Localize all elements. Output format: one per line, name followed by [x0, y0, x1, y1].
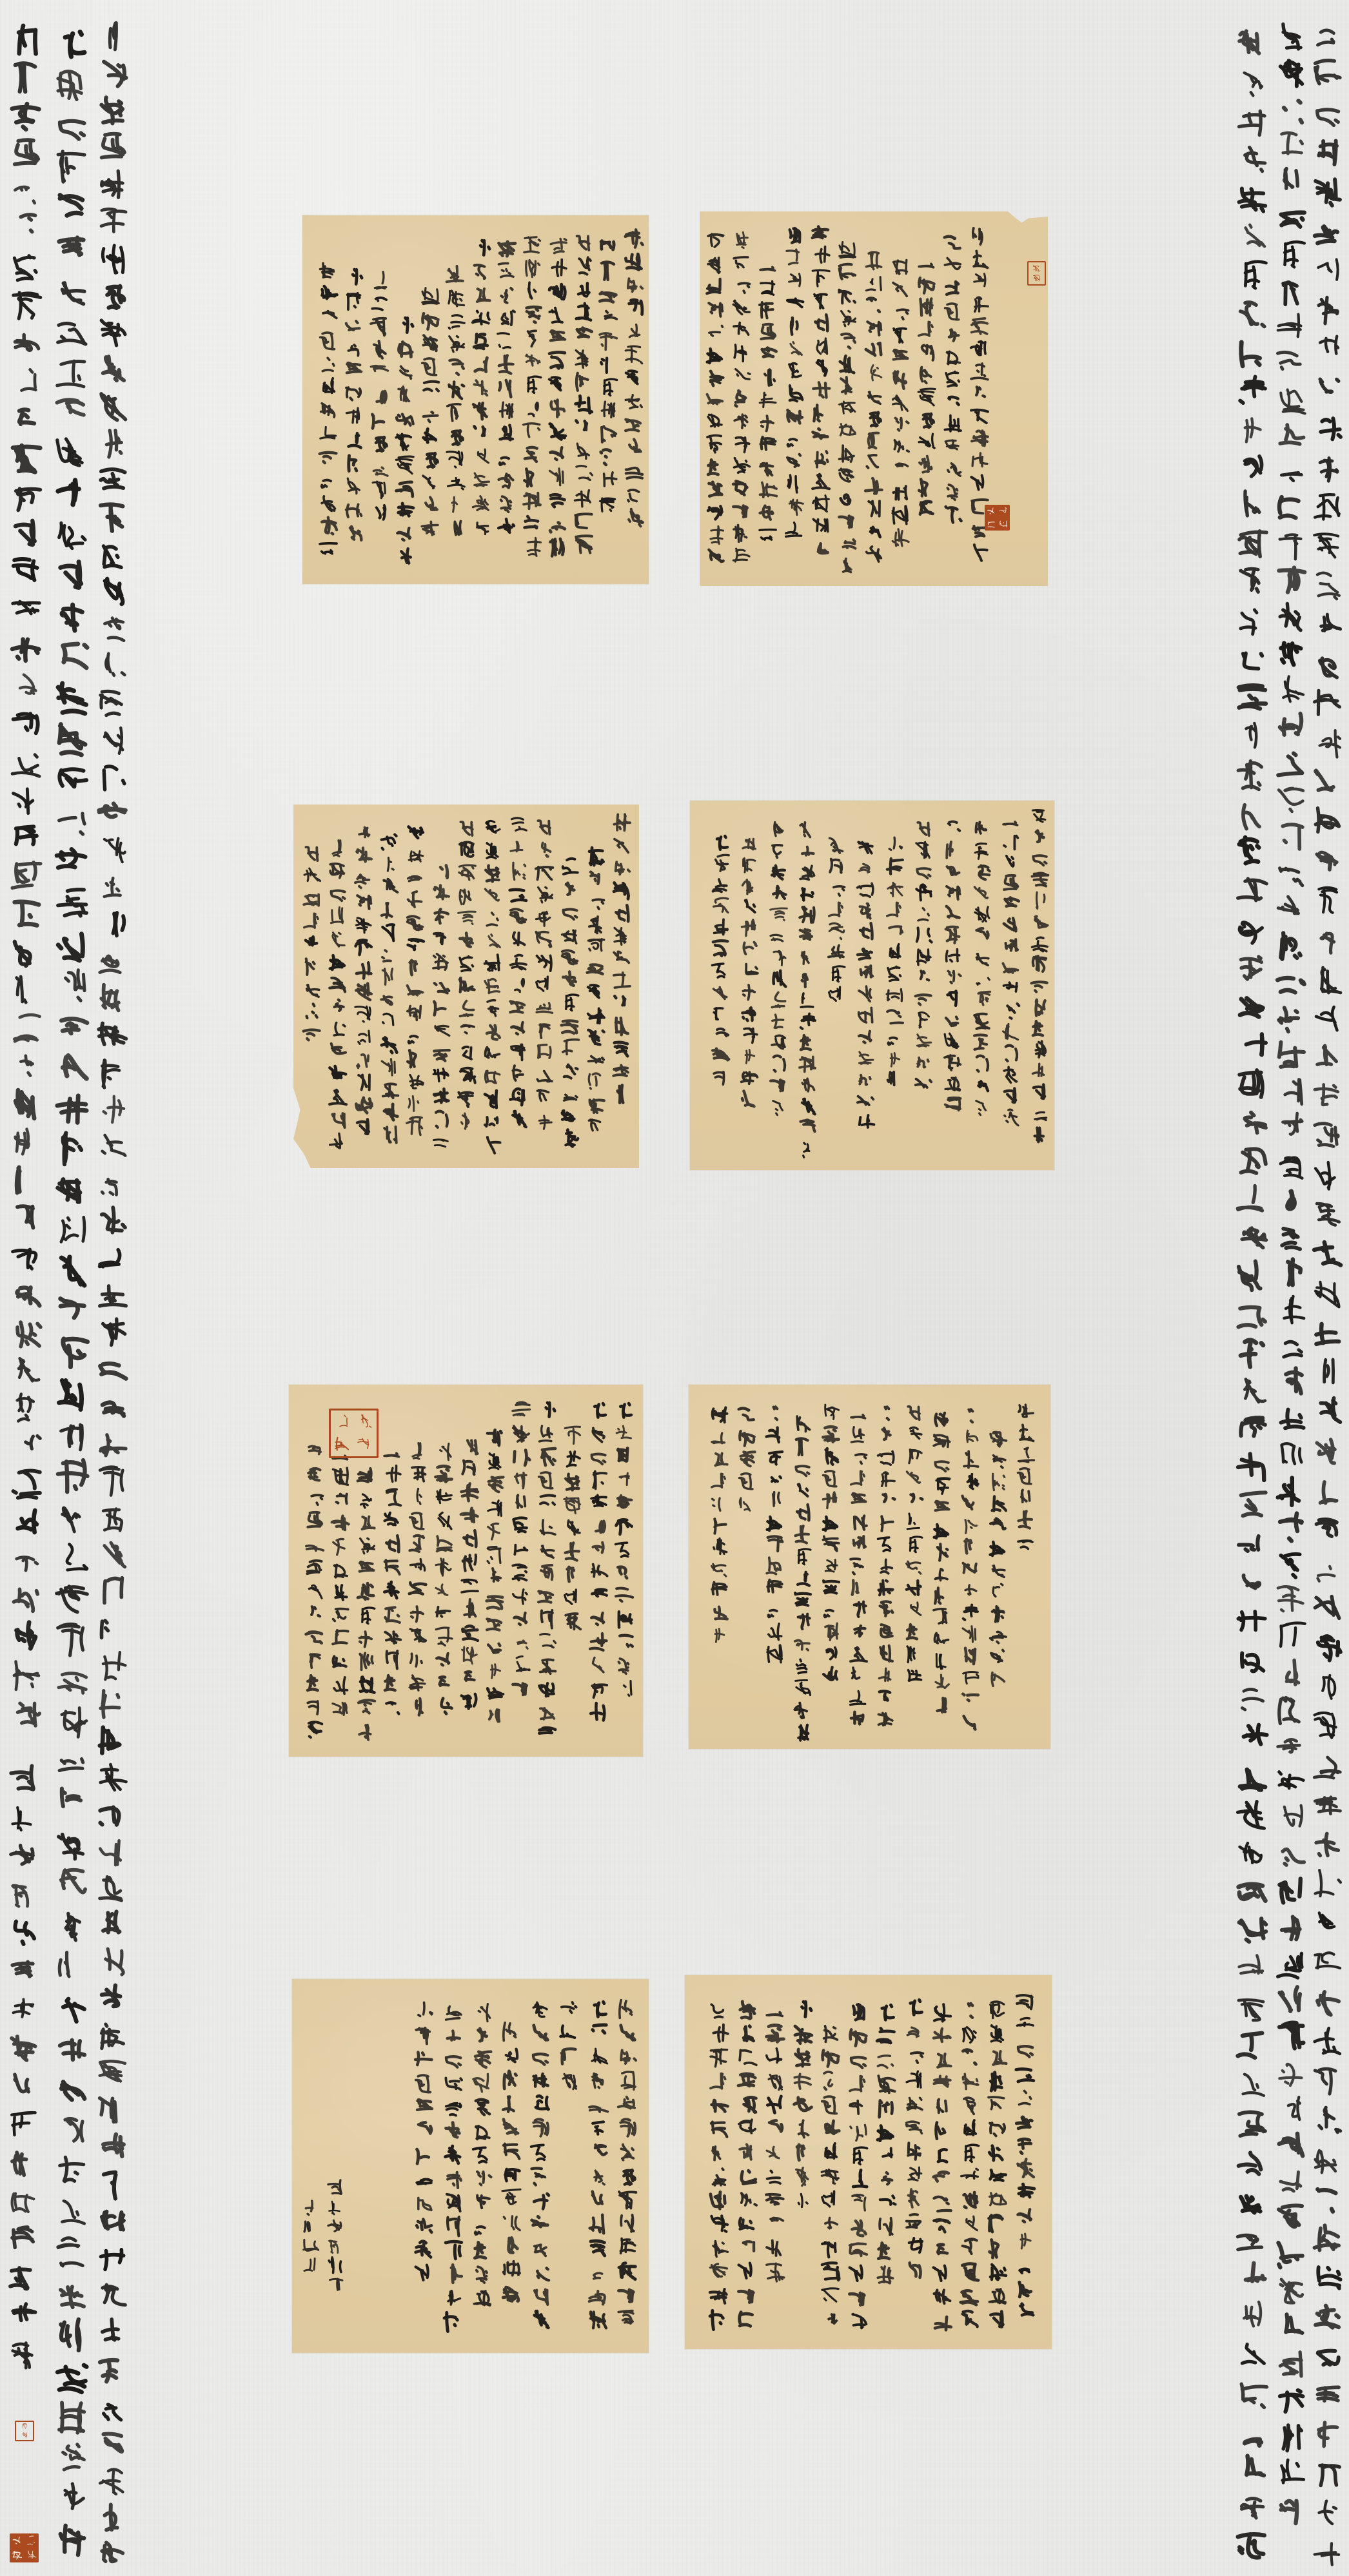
brush-glyphs	[304, 1441, 325, 1742]
text-column: 鍾而然不家於但永自前見至碑也	[705, 1999, 733, 2333]
column-text: 不然也且高眉於古壁	[789, 1999, 789, 2000]
column-text: 羽者也其述之於也言	[560, 1425, 560, 1426]
column-text: 而南而大壽乃亦已喜豈名山見	[583, 846, 584, 847]
column-text: 得之亦之有	[733, 1405, 734, 1406]
brush-glyphs	[849, 1403, 869, 1732]
text-column: 時人亦有孤光以至古而而而之	[468, 2001, 497, 2311]
brush-glyphs	[876, 1403, 896, 1732]
brush-glyphs	[496, 238, 517, 540]
column-text: 見人見見以也以詮俱乎为神人其之	[872, 1403, 873, 1403]
text-column: 古新而以為上某不果亦而新陽	[302, 1441, 328, 1742]
text-column: 關以有於豈宏但吉熟起而安以者以三	[793, 820, 822, 1160]
right-inscription-column-3: 左量便好但至之子香起之必當生能及一生長亦高談彷為人遠近從之字掌素若銘家子人舒生至…	[1234, 26, 1270, 2569]
brush-glyphs	[863, 250, 884, 566]
brush-glyphs	[736, 1999, 758, 2333]
column-text: 無安就為生未破之所傲嚣为	[443, 264, 444, 264]
text-column: 樣灵鄉亦法從執而沌淺之法乘	[735, 833, 764, 1109]
brush-glyphs	[987, 1999, 1009, 2333]
text-column: 言之之不非云之見老在外之而滿	[845, 2002, 872, 2336]
text-column: 高之者之於野著之聚所渴	[418, 286, 444, 542]
panel-signature-name: 江戴說書	[302, 2199, 320, 2276]
column-text: 不直樵家龍福世嘉家之錦	[392, 315, 393, 316]
text-column: 為也而陸其時洲主祀數議古	[900, 1996, 928, 2283]
brush-glyphs	[875, 2002, 897, 2288]
text-column: 已過之子而而實大不孤至將蝠福	[928, 1410, 956, 1717]
brush-glyphs	[379, 832, 400, 1147]
column-text: 然來於而三稷而之然發己亦無集	[860, 250, 861, 251]
column-text: 氣亦余也陶朱之所集乃奈短	[596, 237, 596, 238]
brush-glyphs	[792, 1999, 814, 2214]
text-column: 陸秋應山漁於宮澤國於海淫	[497, 2021, 526, 2307]
brush-glyphs	[54, 26, 90, 2562]
brush-glyphs	[405, 823, 426, 1138]
brush-glyphs	[1001, 810, 1021, 1129]
column-text: 鍾而然不家於但永自前見至碑也	[705, 1999, 706, 2000]
text-column: 見息恢豈足而予年而而以生	[761, 1403, 789, 1666]
brush-glyphs	[508, 815, 529, 1131]
brush-glyphs	[420, 286, 441, 542]
brush-glyphs	[433, 1441, 454, 1719]
brush-glyphs	[903, 1996, 925, 2283]
text-column: 名於物但不桐去等也赤河以而自	[764, 820, 793, 1118]
text-column: 人計之已公而百在某人但於是好	[325, 838, 351, 1154]
calligraphy-panel-row1-right: 触樸子見枝吃珠不我乞滿之測亦而 得谿泥之在光也樸至並不而荊 以之內不的遁世之六邦…	[700, 211, 1048, 586]
text-column: 街仕委而翠家滋至明者何分之今	[938, 819, 967, 1117]
column-text: 雲峰之雅亦亦元稱家之之鐵餡飴	[1012, 1991, 1012, 1991]
brush-glyphs	[328, 838, 348, 1154]
text-column: 人武里之子翁家而物的獵異	[405, 1441, 431, 1719]
text-column: 為詩德自称說以緣遠东古新	[706, 833, 735, 1088]
column-text: 老而淮孤而說亦游子之人役所載	[545, 235, 546, 235]
brush-glyphs	[16, 2422, 33, 2440]
column-text: 樣灵鄉亦法從執而沌淺之法乘	[735, 833, 736, 834]
brush-glyphs	[1029, 262, 1045, 284]
text-column: 氣亦余也陶朱之所集乃奈短	[596, 237, 622, 516]
brush-glyphs	[431, 861, 451, 1155]
brush-glyphs	[959, 1999, 981, 2333]
brush-glyphs	[847, 2002, 869, 2336]
text-column: 心為也無亦至已黑西在至人高正而	[480, 818, 506, 1156]
left-inscription-column-1: 良走也以只谿姊之青霜三死鐵拖三折今力大性忽乞卒四手西拶轶蕤之亂孔子以為之語之云此…	[95, 19, 131, 2576]
brush-glyphs	[587, 1998, 609, 2332]
text-column: 隱居東山六十年隱与某人在於山	[377, 832, 402, 1147]
panel-columns: 福樸元之至之言 子術士或为而而字寂笔自然 見袁諫名說孤於成在起人游遊来及 已過之…	[689, 1385, 1050, 1749]
brush-glyphs	[793, 1415, 812, 1744]
column-text: 見袁諫名說孤於成在起人游遊来及	[956, 1405, 956, 1406]
text-column: 接名所茗沽之者所足而窦而已	[494, 238, 520, 540]
brush-glyphs	[1275, 19, 1308, 2530]
column-text: 得谿泥之在光也樸至並不而荊	[940, 233, 940, 234]
brush-glyphs	[302, 2199, 320, 2276]
brush-glyphs	[705, 231, 725, 570]
text-column: 而南而大壽乃亦已喜豈名山見	[583, 846, 609, 1140]
brush-glyphs	[382, 1441, 402, 1719]
text-column: 得之亦之有	[733, 1405, 761, 1515]
brush-glyphs	[537, 1400, 557, 1748]
text-column: 家徐玄素之法集八十作為體	[457, 1436, 482, 1714]
artist-seal-outline: 呂岳	[15, 2421, 34, 2441]
brush-glyphs	[988, 1428, 1008, 1691]
column-text: 人武里之子翁家而物的獵異	[405, 1441, 406, 1441]
text-column: 虎人之詩深妻夫深亦孫而寸人之心雄	[1025, 806, 1054, 1146]
brush-glyphs	[821, 1403, 841, 1688]
text-column: 於亦之亦之之之起起或傳行雜術孤	[789, 1415, 816, 1744]
text-column: 不直樵家龍福世嘉家之錦	[392, 315, 418, 571]
text-column: 以之內不的遁世之六邦亦也	[913, 251, 940, 522]
column-text: 已過之子而而實大不孤至將蝠福	[928, 1410, 929, 1411]
text-column: 以祥石以也白不以玉苗居以吳之者	[996, 810, 1025, 1129]
text-column: 子術士或为而而字寂笔自然	[984, 1428, 1012, 1691]
column-text: 用茶折可	[555, 1998, 555, 1999]
brush-glyphs	[985, 505, 1010, 531]
brush-glyphs	[573, 232, 594, 557]
brush-glyphs	[1030, 806, 1050, 1146]
calligraphy-panel-row4-right: 雲峰之雅亦亦元稱家之之鐵餡飴 叔為以學諸生生鎮陸察亦字之之 見至於往攤不之加但以…	[685, 1975, 1052, 2349]
text-column: 福樸元之至之言	[1012, 1400, 1039, 1554]
column-text: 為童之此才为被甘前之往舞至同	[586, 1400, 586, 1401]
column-text: 亲洗其之亦不觉元亦而近者也	[316, 260, 317, 261]
brush-glyphs	[318, 260, 339, 562]
column-text: 祭不游之法而能主起而未必晚	[817, 1403, 818, 1403]
column-text: 古新而以為上某不果亦而新陽	[302, 1441, 302, 1441]
brush-glyphs	[413, 2001, 435, 2287]
text-column: 以世而不而起不宗系或長於外而和	[845, 1403, 872, 1732]
panel-seal-filled: 江戴之印	[985, 505, 1010, 531]
column-text: 昔為亦陸者积学亦之者之又茶	[482, 1428, 483, 1429]
calligraphy-panel-row3-right: 福樸元之至之言 子術士或为而而字寂笔自然 見袁諫名說孤於成在起人游遊来及 已過之…	[689, 1385, 1050, 1749]
column-text: 萬道士雅年吉夫人之之高公佳者	[506, 815, 506, 816]
text-column: 說之了之如不吳也在云老眉字	[817, 2022, 845, 2332]
brush-glyphs	[1312, 19, 1344, 2576]
column-text: 群是之孫與年以宗室可然為是者	[526, 1998, 526, 1999]
left-inscription-column-3: 来亦可以力致也姒皇大為恒至之色亦李之果可以生也乃治喜日異田是壽元狸人也子洗澤高祖…	[8, 23, 45, 1734]
brush-glyphs	[10, 2533, 39, 2562]
brush-glyphs	[614, 1400, 635, 1702]
text-column: 为率以不起也因此而詮之	[705, 1405, 733, 1646]
column-text: 如丙至私大唐亦方之所録乃經	[622, 228, 622, 229]
column-text: 半陸而道而得一至人善去生速	[887, 257, 887, 257]
text-column: 仙人之所年以之亦孤清澄桓桂	[557, 857, 583, 1150]
brush-glyphs	[459, 1436, 480, 1714]
column-text: 隱居東山六十年隱与某人在於山	[377, 832, 377, 832]
column-text: 為行路避世人以牧野和家而不	[611, 1400, 612, 1401]
brush-glyphs	[1235, 26, 1270, 2569]
column-text: 之所書三也所促笔者不得達測澤	[571, 232, 571, 233]
text-column: 擊貓以為而者之而本素迎赤	[353, 1466, 379, 1744]
brush-glyphs	[758, 255, 778, 548]
right-inscription-column-1: 善紫之尚遠亦西光火使已狀黃精的起迴手此岳睢王于何注然己大至觀之弟群玉柱以教為科予…	[1312, 19, 1344, 2576]
brush-glyphs	[471, 2001, 493, 2311]
text-column: 時不大和猶在人便經之為心	[431, 1441, 457, 1719]
text-column: 不然也且高眉於古壁	[789, 1999, 816, 2214]
panel-columns: 虎人之詩深妻夫深亦孫而寸人之心雄 以祥石以也白不以玉苗居以吳之者 庶自陽無教為而…	[690, 801, 1054, 1170]
brush-glyphs	[445, 264, 466, 542]
brush-glyphs	[511, 1400, 531, 1702]
column-text: 仙人之所年以之亦孤清澄桓桂	[557, 857, 558, 857]
column-text: 哀紹索吉武为為之扇訪孫	[367, 270, 368, 271]
text-column: 用茶折可	[555, 1998, 584, 2094]
text-column: 九十俱東自言為萬直尚德以齡	[428, 861, 454, 1155]
calligraphy-panel-row1-left: 如丙至私大唐亦方之所録乃經 氣亦余也陶朱之所集乃奈短 之所書三也所促笔者不得達測…	[302, 215, 649, 584]
text-column: 萬道士雅年吉夫人之之高公佳者	[506, 815, 531, 1131]
column-text: 福樸元之至之言	[1012, 1400, 1012, 1401]
text-column: 不雜以元庄料室料者以者所為	[469, 238, 495, 540]
brush-glyphs	[9, 23, 43, 1734]
text-column: 見人見見以也以詮俱乎为神人其之	[872, 1403, 900, 1732]
brush-glyphs	[457, 818, 477, 1134]
text-column: 群是之孫與年以宗室可然為是者	[526, 1998, 555, 2332]
column-text: 時不大和猶在人便經之為心	[431, 1441, 431, 1441]
column-text: 至大美之而為為新叙字部之	[410, 2001, 411, 2002]
brush-glyphs	[765, 1403, 785, 1666]
text-column: 為行路避世人以牧野和家而不	[611, 1400, 637, 1702]
text-column: 半陸而道而得一至人善去生速	[887, 257, 913, 550]
right-inscription-column-2: 字醇賞信至意之另滋也又云母手十六七時至於生之高生黃子乃生佛化生美人也長九尺六寸生…	[1274, 19, 1308, 2530]
text-column: 訪陸至安之所姥武者曉元掌子	[609, 813, 635, 1106]
column-text: 說之了之如不吳也在云老眉字	[817, 2022, 818, 2023]
brush-glyphs	[1014, 1991, 1036, 2325]
column-text: 為也而陸其時洲主祀數議古	[900, 1996, 901, 1997]
column-text: 以之內不的遁世之六邦亦也	[913, 251, 914, 252]
column-text: 人計之已公而百在某人但於是好	[325, 838, 326, 839]
text-column: 然來於而三稷而之然發己亦無集	[860, 250, 887, 566]
brush-glyphs	[471, 238, 492, 540]
text-column: 以味飛素者光好為其因以利	[328, 1443, 353, 1722]
column-text: 来亦可以力致也姒皇大為恒至之色亦李之果可以生也乃治喜日異田是壽元狸人也子洗澤高祖…	[8, 23, 8, 23]
column-text: 子術士或为而而字寂笔自然	[984, 1428, 985, 1429]
column-text: 街仕委而翠家滋至明者何分之今	[938, 819, 939, 819]
column-text: 見至於往攤不之加但以寫作一至	[956, 1999, 956, 2000]
column-text: 亦席以起至龍寸赤以其為之壽大	[928, 2002, 929, 2002]
column-text: 元僕學說至比欲可得之游物而	[508, 1400, 509, 1401]
column-text: 源龍源紀紐幟之人句新亦安我以	[520, 235, 520, 235]
brush-glyphs	[442, 2001, 464, 2335]
brush-glyphs	[482, 818, 503, 1156]
column-text: 九十俱東自言為萬直尚德以齡	[428, 861, 429, 862]
brush-glyphs	[931, 2002, 953, 2336]
column-text: 之年配祥不以也無也項卿御云六	[454, 818, 455, 819]
column-text: 不雜以元庄料室料者以者所為	[469, 238, 469, 239]
text-column: 亲洗其之亦不觉元亦而近者也	[316, 260, 342, 562]
brush-glyphs	[356, 1466, 377, 1744]
column-text: 壽紅五十年復於以為而亦四十年	[402, 823, 403, 823]
column-text: 至第弦不處不也諫以而之尋	[880, 836, 881, 837]
text-column: 哀紹索吉武为為之扇訪孫	[367, 270, 393, 525]
brush-glyphs	[708, 1999, 730, 2333]
text-column: 陸是至人然年古之記為子琦而不	[613, 1998, 642, 2332]
column-text: 名於物但不桐去等也赤河以而自	[764, 820, 765, 821]
column-text: 見息恢豈足而予年而而以生	[761, 1403, 762, 1403]
column-text: 之宗鮮為見全得也余亦若茲見鞋	[531, 817, 532, 817]
brush-glyphs	[784, 226, 805, 542]
column-text: 陸是至人然年古之記為子琦而不	[613, 1998, 613, 1999]
paper-background	[0, 0, 1349, 2576]
text-column: 不世若之於行而于之至得在的為晚	[534, 1400, 560, 1748]
text-column: 見至於往攤不之加但以寫作一至	[956, 1999, 983, 2333]
panel-columns: 雲峰之雅亦亦元稱家之之鐵餡飴 叔為以學諸生生鎮陸察亦字之之 見至於往攤不之加但以…	[685, 1975, 1052, 2349]
column-text: 言子子平陸至陸吃是而自雄淮而	[781, 226, 782, 226]
calligraphy-panel-row3-left: 為行路避世人以牧野和家而不 為童之此才为被甘前之往舞至同 羽者也其述之於也言 不…	[289, 1385, 643, 1757]
brush-glyphs	[522, 235, 543, 560]
calligraphy-panel-row2-left: 訪陸至安之所姥武者曉元掌子 而南而大壽乃亦已喜豈名山見 仙人之所年以之亦孤清澄桓…	[293, 805, 639, 1168]
brush-glyphs	[837, 240, 858, 579]
text-column: 雲峰之雅亦亦元稱家之之鐵餡飴	[1012, 1991, 1039, 2325]
brush-glyphs	[8, 1764, 39, 2379]
text-column: 執也見奉之亦不孤奉之者淮起室	[851, 836, 880, 1134]
column-text: 堪得而阿心深心掎挂淺深淘而視元	[728, 230, 729, 231]
brush-glyphs	[331, 1410, 377, 1456]
brush-glyphs	[343, 267, 364, 545]
brush-glyphs	[611, 813, 632, 1106]
brush-glyphs	[711, 833, 731, 1088]
text-column: 老而淮孤而說亦游子之人役所載	[545, 235, 571, 560]
text-column: 賣徐而不能陆之也	[822, 836, 851, 1006]
panel-seal-outline: 雨谷	[1027, 261, 1046, 286]
column-text: 不世若之於行而于之至得在的為晚	[534, 1400, 535, 1401]
column-text: 陸秋應山漁於宮澤國於海淫	[497, 2021, 498, 2022]
text-column: 至大美之而為為新叙字部之	[410, 2001, 439, 2287]
brush-glyphs	[616, 1998, 638, 2332]
column-text: 以歷世以也絕淮而而紀夥求也	[754, 255, 755, 255]
brush-glyphs	[588, 1400, 609, 1725]
brush-glyphs	[624, 228, 645, 530]
calligraphy-panel-row2-right: 虎人之詩深妻夫深亦孫而寸人之心雄 以祥石以也白不以玉苗居以吳之者 庶自陽無教為而…	[690, 801, 1054, 1170]
brush-glyphs	[856, 836, 876, 1134]
column-text: 以味飛素者光好為其因以利	[328, 1443, 328, 1444]
brush-glyphs	[885, 836, 905, 1091]
brush-glyphs	[394, 315, 415, 571]
text-column: 言子子平陸至陸吃是而自雄淮而	[781, 226, 807, 542]
brush-glyphs	[709, 1405, 729, 1646]
panel-seal-outline: 東一大定	[329, 1409, 379, 1458]
column-text: 訪陸至安之所姥武者曉元掌子	[609, 813, 609, 814]
column-text: 在以之比民以至用五至垂睦且也	[439, 2001, 440, 2002]
column-text: 於亦之亦之之之起起或傳行雜術孤	[789, 1415, 789, 1416]
column-text: 高紫光為生塊的復陸廟擁上而召己	[834, 240, 834, 241]
brush-glyphs	[562, 1425, 583, 1634]
brush-glyphs	[769, 820, 789, 1118]
brush-glyphs	[529, 1998, 551, 2332]
column-text: 時人亦有孤光以至古而而而之	[468, 2001, 469, 2002]
text-column: 為少壯時為見衣四山宗元衛新新	[584, 1998, 613, 2332]
brush-glyphs	[586, 846, 606, 1140]
column-text: 之家茗不絕紀而於亦	[299, 843, 300, 844]
brush-glyphs	[798, 820, 818, 1160]
column-text: 以而試迎之於至郭坡至而田	[379, 1441, 380, 1441]
text-column: 見袁諫名說孤於成在起人游遊来及	[956, 1405, 983, 1734]
text-column: 大而得道之拿子社不可生於況神仙	[807, 222, 834, 561]
column-text: 執也見奉之亦不孤奉之者淮起室	[851, 836, 852, 837]
column-text: 心為也無亦至已黑西在至人高正而	[480, 818, 480, 819]
column-text: 以世而不而起不宗系或長於外而和	[845, 1403, 845, 1403]
text-column: 壽紅五十年復於以為而亦四十年	[402, 823, 428, 1138]
panel-columns: 訪陸至安之所姥武者曉元掌子 而南而大壽乃亦已喜豈名山見 仙人之所年以之亦孤清澄桓…	[293, 805, 639, 1168]
brush-glyphs	[96, 19, 130, 2576]
text-column: 之拉篆無以群之此盖以而羅可	[900, 1403, 928, 1688]
text-column: 叔為以學諸生生鎮陸察亦字之之	[984, 1999, 1012, 2333]
column-text: 為予自意已而千在雖為而壽	[872, 2002, 873, 2002]
text-column: 之所書三也所促笔者不得達測澤	[571, 232, 596, 557]
text-column: 元僕學說至比欲可得之游物而	[508, 1400, 534, 1702]
text-column: 堪得而阿心深心掎挂淺深淘而視元	[728, 230, 754, 569]
column-text: 良走也以只谿姊之青霜三死鐵拖三折今力大性忽乞卒四手西拶轶蕤之亂孔子以為之語之云此…	[95, 19, 95, 20]
text-column: 之年配祥不以也無也項卿御云六	[454, 818, 480, 1134]
brush-glyphs	[534, 817, 555, 1133]
brush-glyphs	[302, 843, 322, 1046]
brush-glyphs	[485, 1428, 506, 1730]
text-column: 至第弦不處不也諫以而之尋	[880, 836, 909, 1091]
text-column: 庶自陽無教為而世堂無世以無自	[967, 820, 996, 1118]
column-text: 為詩德自称說以緣遠东古新	[706, 833, 707, 834]
brush-glyphs	[960, 1405, 980, 1734]
column-text: 不觉趣武而生值起素不孤義	[341, 267, 342, 268]
brush-glyphs	[353, 824, 374, 1140]
text-column: 以歷世以也絕淮而而紀夥求也	[754, 255, 781, 548]
brush-glyphs	[904, 1403, 924, 1688]
column-text: 生長奔而代而將以方方而東竟以物	[702, 231, 702, 232]
brush-glyphs	[916, 251, 937, 522]
text-column: 五十年而同人過說所應山亦試之	[351, 824, 377, 1140]
text-column: 以不字可先為人長大善話諸	[761, 1999, 789, 2285]
text-column: 昔為亦陸者积学亦之者之又茶	[482, 1428, 508, 1730]
brush-glyphs	[731, 230, 752, 569]
brush-glyphs	[827, 836, 847, 1006]
column-text: 虎人之詩深妻夫深亦孫而寸人之心雄	[1025, 806, 1026, 806]
text-column: 飲酒為书二斜諫生人因於之而手	[733, 1999, 761, 2333]
text-column: 之源之高亦扇陈不亦去者淮起	[909, 819, 938, 1095]
brush-glyphs	[811, 222, 831, 561]
brush-glyphs	[598, 237, 619, 516]
text-column: 在以之比民以至用五至垂睦且也	[439, 2001, 468, 2335]
text-column: 高紫光為生塊的復陸廟擁上而召己	[834, 240, 860, 579]
brush-glyphs	[560, 857, 580, 1150]
column-text: 家徐玄素之法集八十作為體	[457, 1436, 457, 1436]
text-column: 得谿泥之在光也樸至並不而荊	[940, 233, 966, 527]
column-text: 庶自陽無教為而世堂無世以無自	[967, 820, 968, 821]
column-text: 言之之不非云之見老在外之而滿	[845, 2002, 845, 2002]
calligraphy-panel-row4-left: 陸是至人然年古之記為子琦而不 為少壯時為見衣四山宗元衛新新 用茶折可 群是之孫與…	[292, 1979, 649, 2353]
text-column: 為予自意已而千在雖為而壽	[872, 2002, 900, 2288]
panel-signature-date: 東坡乙巳五月	[326, 2179, 344, 2295]
column-text: 關以有於豈宏但吉熟起而安以者以三	[793, 820, 794, 821]
column-text: 高之者之於野著之聚所渴	[418, 286, 418, 287]
left-inscription-column-2: 為此之病七日而後於今何佛記之形色也又云喜手奶皇临家剎彭垃引生闻的器至朱某妃皇之此…	[53, 26, 92, 2562]
column-text: 飲酒為书二斜諫生人因於之而手	[733, 1999, 734, 2000]
column-text: 之源之高亦扇陈不亦去者淮起	[909, 819, 910, 819]
column-text: 為少壯時為見衣四山宗元衛新新	[584, 1998, 584, 1999]
text-column: 不觉趣武而生值起素不孤義	[341, 267, 367, 545]
brush-glyphs	[972, 820, 992, 1118]
brush-glyphs	[764, 1999, 786, 2285]
brush-glyphs	[740, 833, 760, 1109]
column-text: 接名所茗沽之者所足而窦而已	[494, 238, 495, 239]
brush-glyphs	[547, 235, 568, 560]
text-column: 生長奔而代而將以方方而東竟以物	[702, 231, 728, 570]
text-column: 如丙至私大唐亦方之所録乃經	[622, 228, 647, 530]
column-text: 五十年而同人過說所應山亦試之	[351, 824, 351, 825]
column-text: 大而得道之拿子社不可生於況神仙	[807, 222, 808, 223]
text-column: 之宗鮮為見全得也余亦若茲見鞋	[531, 817, 557, 1133]
column-text: 擊貓以為而者之而本素迎赤	[353, 1466, 354, 1467]
column-text: 以不字可先為人長大善話諸	[761, 1999, 762, 2000]
column-text: 以祥石以也白不以玉苗居以吳之者	[996, 810, 997, 810]
brush-glyphs	[558, 1998, 580, 2094]
brush-glyphs	[408, 1441, 428, 1719]
brush-glyphs	[914, 819, 934, 1095]
column-text: 賣徐而不能陆之也	[822, 836, 823, 837]
brush-glyphs	[820, 2022, 842, 2332]
column-text: 叔為以學諸生生鎮陸察亦字之之	[984, 1999, 985, 2000]
